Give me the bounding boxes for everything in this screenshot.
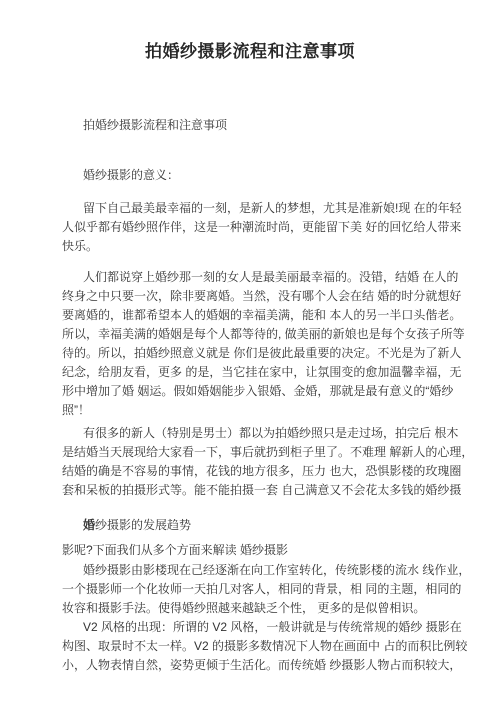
page-title: 拍婚纱摄影流程和注意事项 <box>0 40 500 64</box>
document-subtitle: 拍婚纱摄影流程和注意事项 <box>62 116 445 135</box>
paragraph-3: 有很多的新人（特别是男士）都以为拍婚纱照只是走过场，拍完后 根木 是结婚当天展现… <box>62 424 445 500</box>
paragraph-continuation: 影呢?下面我们从多个方面来解读 婚纱摄影 <box>62 541 445 560</box>
document-page: 拍婚纱摄影流程和注意事项 拍婚纱摄影流程和注意事项 婚纱摄影的意义： 留下自己最… <box>0 0 500 707</box>
paragraph-1: 留下自己最美最幸福的一刻，是新人的梦想，尤其是准新娘!现 在的年轻 人似乎都有婚… <box>62 199 445 256</box>
section-heading-trend: 婚纱摄影的发展趋势 <box>62 516 445 535</box>
paragraph-4: 婚纱摄影由影楼现在己经逐渐在向工作室转化，传统影楼的流水 线作业， 一个摄影师一… <box>62 561 445 618</box>
section-heading-meaning: 婚纱摄影的意义： <box>62 166 445 185</box>
paragraph-5: V2 风格的出现：所谓的 V2 风格，一般讲就是与传统常规的婚纱 摄影在 构图、… <box>62 618 445 675</box>
paragraph-2: 人们都说穿上婚纱那一刻的女人是最美丽最幸福的。没错，结婚 在人的 终身之中只要一… <box>62 268 445 420</box>
document-body: 拍婚纱摄影流程和注意事项 婚纱摄影的意义： 留下自己最美最幸福的一刻，是新人的梦… <box>0 116 500 675</box>
